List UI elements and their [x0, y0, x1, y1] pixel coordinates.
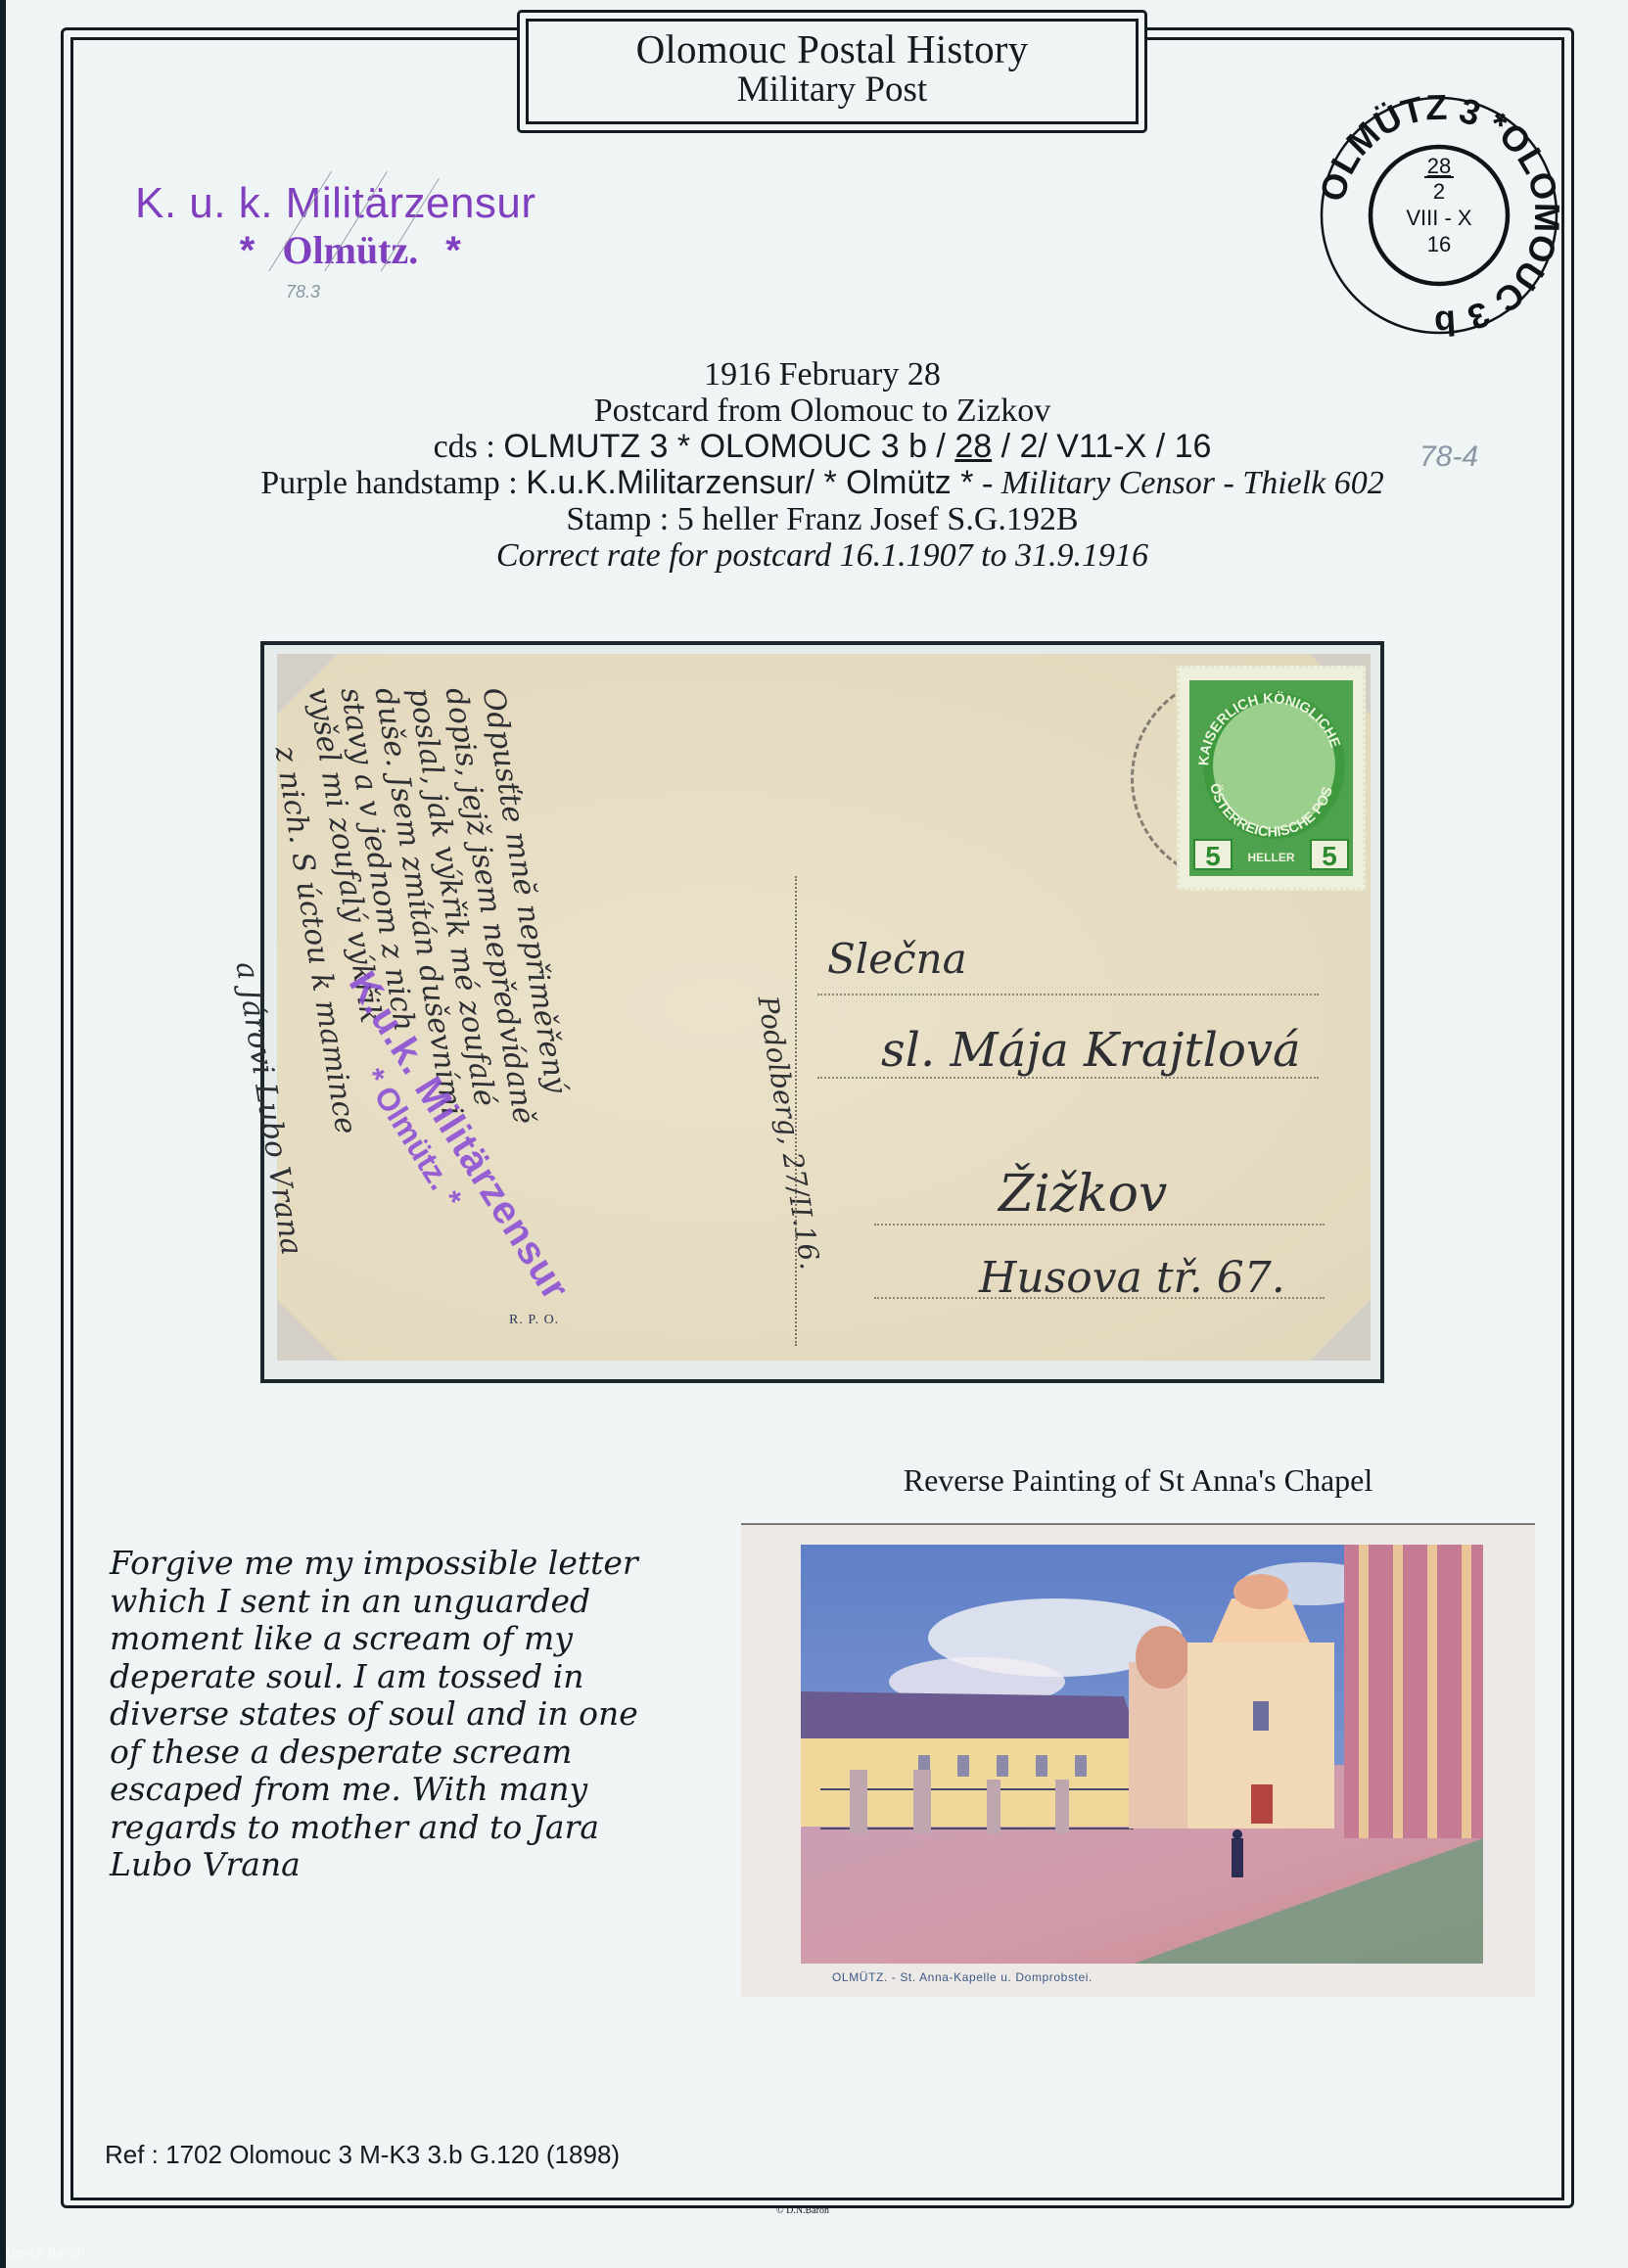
translation-line: escaped from me. With many: [110, 1771, 736, 1809]
page-title: Olomouc Postal History: [529, 27, 1136, 70]
description: 1916 February 28 Postcard from Olomouc t…: [98, 356, 1547, 574]
postage-stamp: KAISERLICH KÖNIGLICHE ÖSTERREICHISCHE PO…: [1177, 666, 1366, 891]
address-salutation: Slečna: [827, 935, 967, 983]
cover-date: 1916 February 28: [98, 356, 1547, 393]
censor-town: Olmütz.: [282, 228, 418, 272]
cds-text-end: / 2/ V11-X / 16: [992, 428, 1211, 465]
translation-line: Lubo Vrana: [110, 1846, 736, 1884]
handstamp-meaning: - Military Censor - Thielk 602: [973, 465, 1383, 501]
stamp-design: KAISERLICH KÖNIGLICHE ÖSTERREICHISCHE PO…: [1189, 680, 1353, 876]
chapel-painting: [801, 1545, 1483, 1964]
stamp-value-right: 5: [1310, 839, 1349, 870]
scan-edge: [0, 0, 6, 2268]
chapel-label: OLMÜTZ. - St. Anna-Kapelle u. Domprobste…: [832, 1970, 1093, 1984]
censor-handstamp: K. u. k. Militärzensur *Olmütz.*: [135, 178, 536, 272]
cds-postmark: OLMÜTZ 3 *OLOMOUC 3 b 28 2 VIII - X 16: [1317, 93, 1561, 338]
address-rule: [817, 1077, 1319, 1079]
address-street: Husova tř. 67.: [979, 1253, 1285, 1303]
svg-text:KAISERLICH KÖNIGLICHE: KAISERLICH KÖNIGLICHE: [1196, 690, 1343, 766]
page-subtitle: Military Post: [529, 70, 1136, 110]
address-name: sl. Mája Krajtlová: [881, 1023, 1301, 1078]
translation-line: which I sent in an unguarded: [110, 1583, 736, 1621]
cds-label: cds :: [434, 429, 504, 465]
cds-day: 28: [954, 428, 992, 465]
chapel-rule: [741, 1523, 1535, 1525]
cover-route: Postcard from Olomouc to Zizkov: [98, 393, 1547, 429]
copyright: © D.N.Baron: [776, 2205, 829, 2216]
translation-line: deperate soul. I am tossed in: [110, 1658, 736, 1696]
star-icon: *: [445, 229, 461, 272]
translation-line: Forgive me my impossible letter: [110, 1545, 736, 1583]
handstamp-label: Purple handstamp :: [260, 465, 526, 501]
handstamp-value: K.u.K.Militarzensur/ * Olmütz *: [526, 464, 973, 501]
printer-mark: R. P. O.: [509, 1313, 559, 1328]
translation-line: of these a desperate scream: [110, 1734, 736, 1772]
star-icon: *: [240, 229, 256, 272]
pencil-note: 78.3: [286, 282, 320, 302]
cds-text: OLMUTZ 3 * OLOMOUC 3 b /: [503, 428, 954, 465]
stamp-denomination: HELLER: [1240, 851, 1302, 864]
address-rule: [817, 994, 1319, 995]
translation-line: moment like a scream of my: [110, 1620, 736, 1658]
stamp-description: Stamp : 5 heller Franz Josef S.G.192B: [98, 501, 1547, 537]
rate-note: Correct rate for postcard 16.1.1907 to 3…: [98, 537, 1547, 574]
censor-line-2: *Olmütz.*: [164, 229, 536, 272]
address-rule: [874, 1297, 1325, 1299]
svg-text:16: 16: [1427, 232, 1451, 256]
address-city: Žižkov: [999, 1165, 1167, 1224]
chapel-caption: Reverse Painting of St Anna's Chapel: [741, 1462, 1535, 1499]
reference: Ref : 1702 Olomouc 3 M-K3 3.b G.120 (189…: [105, 2140, 620, 2170]
censor-line-1: K. u. k. Militärzensur: [135, 178, 536, 229]
translation: Forgive me my impossible letter which I …: [110, 1545, 736, 1884]
svg-text:2: 2: [1433, 179, 1445, 204]
translation-line: diverse states of soul and in one: [110, 1695, 736, 1734]
handstamp-description: Purple handstamp : K.u.K.Militarzensur/ …: [98, 465, 1547, 501]
svg-text:28: 28: [1427, 154, 1451, 178]
watermark: Derek Baron: [6, 2246, 85, 2261]
title-box-inner: Olomouc Postal History Military Post: [526, 19, 1139, 124]
address-rule: [874, 1224, 1325, 1226]
stamp-value-left: 5: [1193, 839, 1233, 870]
svg-text:VIII - X: VIII - X: [1406, 206, 1472, 230]
cds-description: cds : OLMUTZ 3 * OLOMOUC 3 b / 28 / 2/ V…: [98, 429, 1547, 465]
translation-line: regards to mother and to Jara: [110, 1809, 736, 1847]
postcard-divider: [795, 876, 797, 1346]
pencil-note: 78-4: [1419, 440, 1478, 474]
